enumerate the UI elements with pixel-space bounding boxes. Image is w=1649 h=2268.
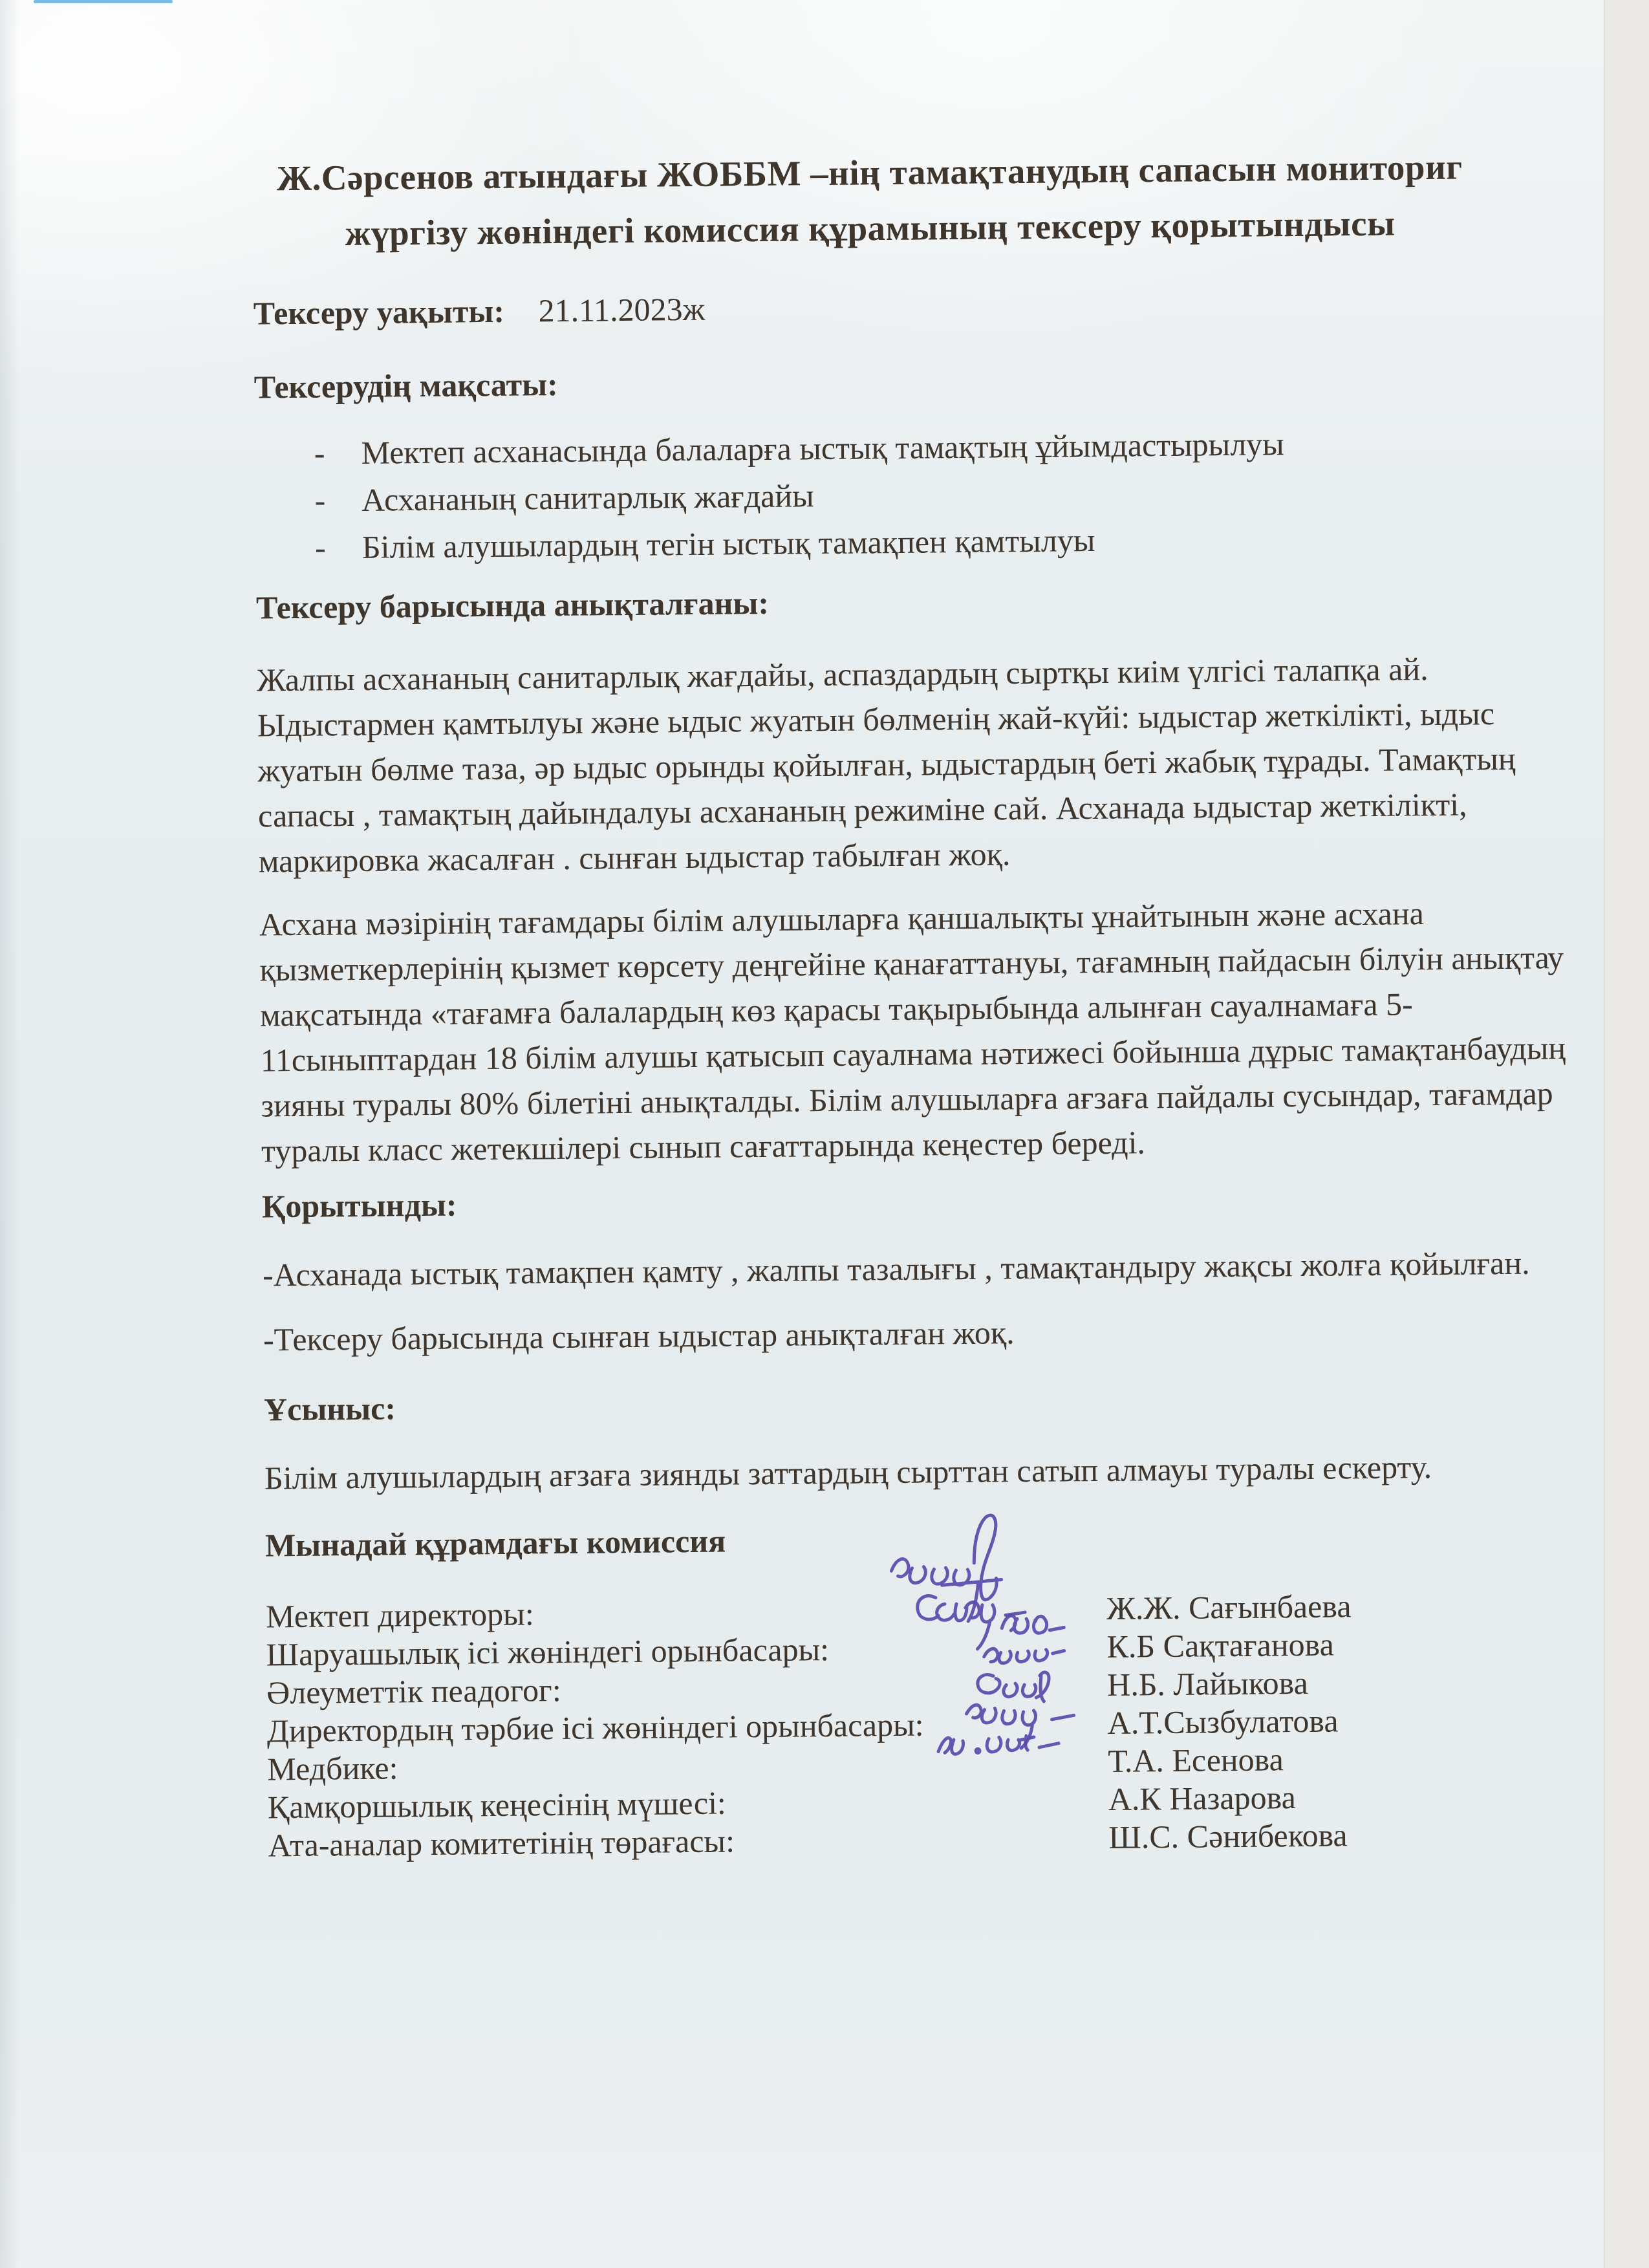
findings-paragraph-2: Асхана мәзірінің тағамдары білім алушыла… <box>259 889 1568 1173</box>
check-time-value: 21.11.2023ж <box>538 291 705 329</box>
findings-heading: Тексеру барысында анықталғаны: <box>256 575 1563 627</box>
bullet-marker: - <box>314 477 325 524</box>
document-title: Ж.Сәрсенов атындағы ЖОББМ –нің тамақтану… <box>187 138 1553 263</box>
conclusion-heading: Қорытынды: <box>262 1174 1569 1226</box>
suggestion-text: Білім алушылардың ағзаға зиянды заттарды… <box>264 1443 1571 1500</box>
scanned-document-page: Ж.Сәрсенов атындағы ЖОББМ –нің тамақтану… <box>0 0 1649 2268</box>
bullet-text: Мектеп асханасында балаларға ыстық тамақ… <box>361 420 1284 477</box>
bullet-text: Білім алушылардың тегін ыстық тамақпен қ… <box>362 517 1095 571</box>
commission-name: К.Б Сақтағанова <box>1106 1626 1334 1666</box>
conclusion-paragraph-2: -Тексеру барысында сынған ыдыстар анықта… <box>263 1304 1570 1362</box>
commission-name: Ш.С. Сәнибекова <box>1108 1816 1348 1857</box>
scanner-edge-artifact <box>34 0 173 3</box>
suggestion-heading: Ұсыныс: <box>264 1377 1571 1429</box>
commission-name: А.Т.Сызбулатова <box>1107 1701 1338 1742</box>
check-time-row: Тексеру уақыты: 21.11.2023ж <box>253 281 1560 333</box>
commission-name: Т.А. Есенова <box>1108 1740 1284 1780</box>
conclusion-paragraph-1: -Асханада ыстық тамақпен қамту , жалпы т… <box>263 1240 1531 1298</box>
commission-role: Ата-аналар комитетінің төрағасы: <box>268 1819 1109 1864</box>
check-time-label: Тексеру уақыты: <box>253 293 504 332</box>
commission-heading: Мынадай құрамдағы комиссия <box>265 1513 1572 1565</box>
findings-paragraph-1: Жалпы асхананың санитарлық жағдайы, аспа… <box>257 645 1565 883</box>
commission-name: Ж.Ж. Сағынбаева <box>1106 1587 1352 1628</box>
purpose-heading: Тексерудің мақсаты: <box>254 354 1561 407</box>
commission-name: Н.Б. Лайыкова <box>1107 1664 1308 1704</box>
bullet-marker: - <box>314 429 325 477</box>
document-content: Ж.Сәрсенов атындағы ЖОББМ –нің тамақтану… <box>0 0 1649 1867</box>
bullet-text: Асхананың санитарлық жағдайы <box>361 472 814 524</box>
purpose-list: - Мектеп асханасында балаларға ыстық там… <box>254 418 1562 572</box>
commission-name: А.К Назарова <box>1108 1778 1296 1819</box>
bullet-marker: - <box>315 524 326 571</box>
commission-list: Мектеп директоры: Ж.Ж. Сағынбаева Шаруаш… <box>266 1585 1575 1864</box>
